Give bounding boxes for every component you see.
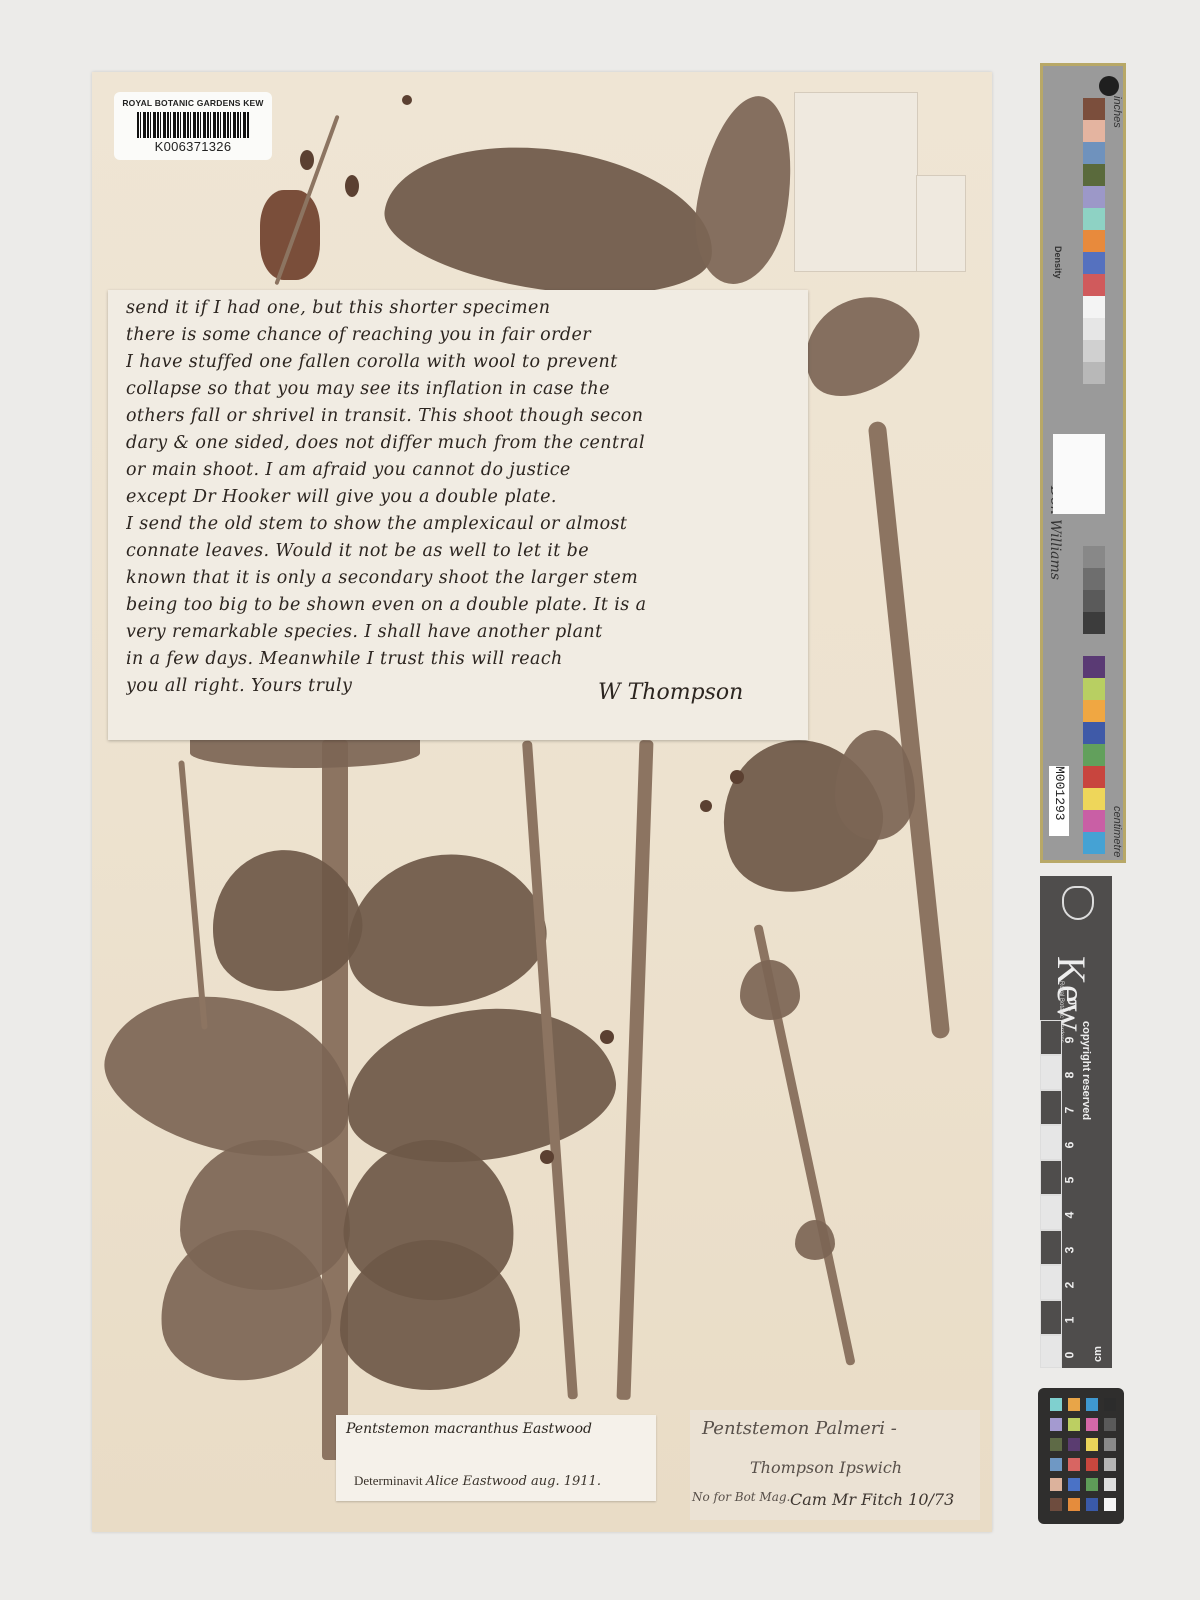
scale-segment bbox=[1040, 1160, 1062, 1195]
color-checker bbox=[1038, 1388, 1124, 1524]
determiner-handwritten: Alice Eastwood aug. 1911. bbox=[426, 1474, 601, 1489]
institution-name: ROYAL BOTANIC GARDENS KEW bbox=[114, 98, 272, 108]
blank-label bbox=[794, 92, 918, 272]
scale-tick: 2 bbox=[1062, 1282, 1076, 1289]
checker-patch bbox=[1086, 1398, 1098, 1411]
color-swatch bbox=[1083, 744, 1105, 766]
letter-line: connate leaves. Would it not be as well … bbox=[126, 541, 794, 561]
checker-patch bbox=[1086, 1418, 1098, 1431]
scale-segment bbox=[1040, 1265, 1062, 1300]
checker-patch bbox=[1068, 1498, 1080, 1511]
checker-patch bbox=[1050, 1418, 1062, 1431]
checker-patch bbox=[1086, 1478, 1098, 1491]
checker-patch bbox=[1068, 1438, 1080, 1451]
color-swatch bbox=[1083, 274, 1105, 296]
density-label: Density bbox=[1053, 246, 1063, 279]
letter-line: being too big to be shown even on a doub… bbox=[126, 595, 794, 615]
checker-patch bbox=[1104, 1438, 1116, 1451]
letter-line: dary & one sided, does not differ much f… bbox=[126, 433, 794, 453]
flower bbox=[345, 175, 359, 197]
determinavit-printed: Determinavit bbox=[354, 1473, 423, 1488]
color-swatch bbox=[1083, 98, 1105, 120]
barcode-number: K006371326 bbox=[114, 139, 272, 154]
scale-segment bbox=[1040, 1020, 1062, 1055]
letter-line: very remarkable species. I shall have an… bbox=[126, 622, 794, 642]
color-swatch bbox=[1083, 788, 1105, 810]
scale-segment bbox=[1040, 1055, 1062, 1090]
color-swatch bbox=[1083, 252, 1105, 274]
letter-line: send it if I had one, but this shorter s… bbox=[126, 298, 794, 318]
color-bar-id: M001293 bbox=[1052, 766, 1067, 821]
color-swatch bbox=[1083, 766, 1105, 788]
handwritten-letter: send it if I had one, but this shorter s… bbox=[108, 290, 808, 740]
original-annotation: Cam Mr Fitch 10/73 bbox=[790, 1490, 954, 1509]
checker-patch bbox=[1104, 1398, 1116, 1411]
scale-tick: 7 bbox=[1062, 1107, 1076, 1114]
scale-segment bbox=[1040, 1300, 1062, 1335]
flower bbox=[730, 770, 744, 784]
color-swatch bbox=[1083, 700, 1105, 722]
letter-line: others fall or shrivel in transit. This … bbox=[126, 406, 794, 426]
color-swatch bbox=[1083, 142, 1105, 164]
scale-tick: 9 bbox=[1062, 1037, 1076, 1044]
scale-tick: 3 bbox=[1062, 1247, 1076, 1254]
scale-tick: 5 bbox=[1062, 1177, 1076, 1184]
checker-patch bbox=[1104, 1498, 1116, 1511]
original-label: Pentstemon Palmeri - Thompson Ipswich No… bbox=[690, 1410, 980, 1520]
checker-patch bbox=[1068, 1418, 1080, 1431]
determination-label: Pentstemon macranthus Eastwood Determina… bbox=[336, 1415, 656, 1501]
checker-patch bbox=[1086, 1498, 1098, 1511]
flower bbox=[300, 150, 314, 170]
checker-patch bbox=[1068, 1458, 1080, 1471]
checker-patch bbox=[1068, 1478, 1080, 1491]
resolution-target bbox=[1053, 434, 1105, 514]
kew-crest-icon bbox=[1062, 886, 1094, 920]
flower bbox=[700, 800, 712, 812]
checker-patch bbox=[1050, 1398, 1062, 1411]
color-swatch bbox=[1083, 230, 1105, 252]
scale-segment bbox=[1040, 1090, 1062, 1125]
barcode-label: ROYAL BOTANIC GARDENS KEW K006371326 bbox=[114, 92, 272, 160]
leaf bbox=[795, 1220, 835, 1260]
scale-tick: 0 bbox=[1062, 1352, 1076, 1359]
flower-cluster bbox=[260, 190, 320, 280]
inches-label: inches bbox=[1111, 96, 1123, 128]
letter-line: or main shoot. I am afraid you cannot do… bbox=[126, 460, 794, 480]
checker-patch bbox=[1086, 1458, 1098, 1471]
gray-swatch bbox=[1083, 318, 1105, 340]
scale-tick: 6 bbox=[1062, 1142, 1076, 1149]
checker-patch bbox=[1050, 1498, 1062, 1511]
scale-segment bbox=[1040, 1125, 1062, 1160]
scale-tick: 10 bbox=[1066, 998, 1080, 1011]
original-note: No for Bot Mag. bbox=[692, 1490, 790, 1504]
kew-scale-bar: Kew Royal Botanic Gardens copyright rese… bbox=[1040, 876, 1112, 1368]
color-bar-id-label: M001293 bbox=[1049, 766, 1069, 836]
letter-line: I have stuffed one fallen corolla with w… bbox=[126, 352, 794, 372]
letter-signature: W Thompson bbox=[598, 680, 743, 705]
scale-tick: 1 bbox=[1062, 1317, 1076, 1324]
color-swatch bbox=[1083, 164, 1105, 186]
color-swatch bbox=[1083, 120, 1105, 142]
gray-swatch bbox=[1083, 546, 1105, 568]
flower bbox=[600, 1030, 614, 1044]
color-swatch bbox=[1083, 208, 1105, 230]
color-swatch bbox=[1083, 656, 1105, 678]
letter-line: except Dr Hooker will give you a double … bbox=[126, 487, 794, 507]
checker-patch bbox=[1050, 1458, 1062, 1471]
checker-patch bbox=[1050, 1478, 1062, 1491]
checker-patch bbox=[1104, 1418, 1116, 1431]
checker-patch bbox=[1068, 1398, 1080, 1411]
color-swatch bbox=[1083, 810, 1105, 832]
letter-line: in a few days. Meanwhile I trust this wi… bbox=[126, 649, 794, 669]
checker-patch bbox=[1104, 1478, 1116, 1491]
gray-swatch bbox=[1083, 296, 1105, 318]
checker-patch bbox=[1104, 1458, 1116, 1471]
gray-swatch bbox=[1083, 568, 1105, 590]
flower bbox=[402, 95, 412, 105]
color-swatch bbox=[1083, 722, 1105, 744]
checker-patch bbox=[1086, 1438, 1098, 1451]
gray-swatch bbox=[1083, 340, 1105, 362]
color-calibration-bar: inches Density Don Williams centimetre M… bbox=[1040, 63, 1126, 863]
gray-swatch bbox=[1083, 590, 1105, 612]
letter-line: collapse so that you may see its inflati… bbox=[126, 379, 794, 399]
scale-segment bbox=[1040, 1230, 1062, 1265]
gray-swatch bbox=[1083, 362, 1105, 384]
taxon-name: Pentstemon macranthus Eastwood bbox=[346, 1421, 592, 1437]
letter-line: there is some chance of reaching you in … bbox=[126, 325, 794, 345]
letter-line: known that it is only a secondary shoot … bbox=[126, 568, 794, 588]
scale-segment bbox=[1040, 1335, 1062, 1368]
letter-line: I send the old stem to show the amplexic… bbox=[126, 514, 794, 534]
scale-segment bbox=[1040, 1195, 1062, 1230]
registration-dot bbox=[1099, 76, 1119, 96]
scale-tick: 4 bbox=[1062, 1212, 1076, 1219]
scale-tick: 8 bbox=[1062, 1072, 1076, 1079]
checker-patch bbox=[1050, 1438, 1062, 1451]
barcode bbox=[137, 112, 249, 138]
color-swatch bbox=[1083, 678, 1105, 700]
blank-label bbox=[916, 175, 966, 272]
color-swatch bbox=[1083, 186, 1105, 208]
gray-swatch bbox=[1083, 612, 1105, 634]
scale-unit: cm bbox=[1092, 1346, 1104, 1362]
centimetre-label: centimetre bbox=[1111, 806, 1123, 857]
collector-locality: Thompson Ipswich bbox=[750, 1458, 902, 1477]
leaf bbox=[190, 738, 420, 768]
copyright-notice: copyright reserved bbox=[1080, 1021, 1092, 1120]
flower bbox=[540, 1150, 554, 1164]
original-taxon: Pentstemon Palmeri - bbox=[702, 1418, 897, 1439]
determinavit-line: Determinavit Alice Eastwood aug. 1911. bbox=[354, 1473, 601, 1489]
color-swatch bbox=[1083, 832, 1105, 854]
